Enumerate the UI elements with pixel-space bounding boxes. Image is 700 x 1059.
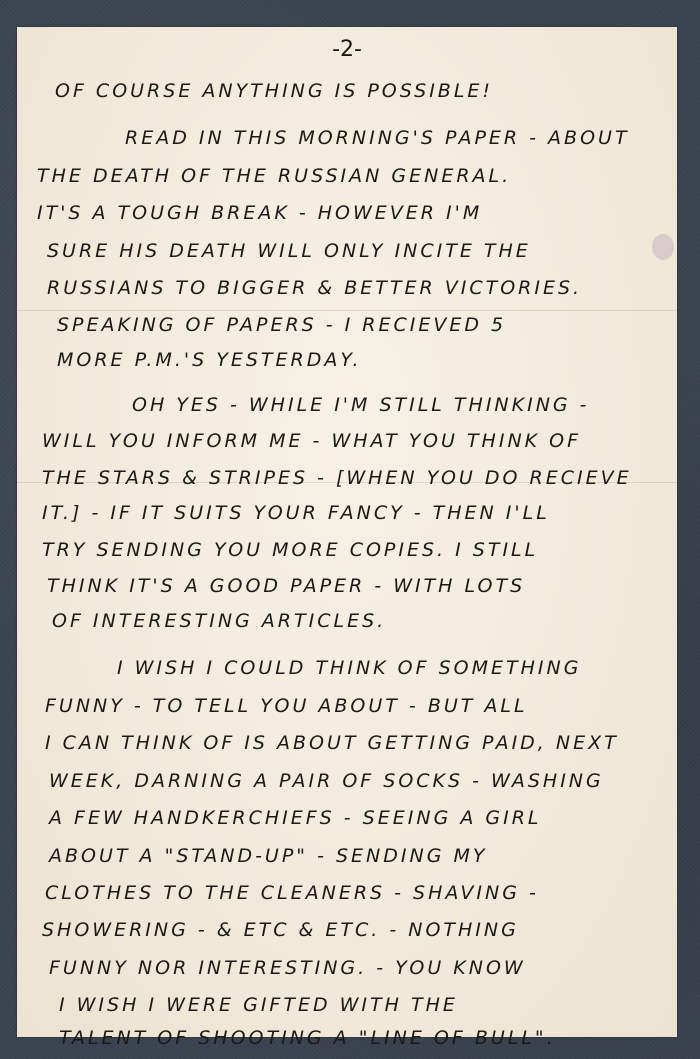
- letter-line: a few handkerchiefs - seeing a girl: [49, 807, 541, 829]
- letter-line: clothes to the cleaners - shaving -: [45, 882, 539, 904]
- letter-page: -2- Of course anything is possible! Read…: [17, 27, 677, 1037]
- letter-line: sure his death will only incite the: [47, 240, 531, 262]
- letter-line: more P.M.'s yesterday.: [57, 349, 362, 371]
- paper-fold-line: [17, 310, 677, 311]
- letter-line: It's a tough break - however I'm: [37, 202, 482, 224]
- letter-line: the death of the Russian General.: [37, 165, 511, 187]
- letter-line: it.] - If it suits your fancy - then I'l…: [42, 502, 550, 524]
- ink-stain: [652, 234, 674, 260]
- letter-line: I wish I could think of something: [117, 657, 581, 679]
- page-number: -2-: [17, 37, 677, 62]
- letter-line: try sending you more copies. I still: [42, 539, 538, 561]
- letter-line: showering - & etc & etc. - Nothing: [42, 919, 519, 941]
- letter-line: Russians to bigger & better victories.: [47, 277, 582, 299]
- letter-line: I wish I were gifted with the: [59, 994, 458, 1016]
- letter-line: funny nor interesting. - You know: [49, 957, 526, 979]
- letter-line: the Stars & Stripes - [when you do recie…: [42, 467, 632, 489]
- letter-line: of interesting articles.: [52, 610, 386, 632]
- letter-line: funny - to tell you about - but all: [45, 695, 528, 717]
- letter-line: Oh yes - while I'm still thinking -: [132, 394, 590, 416]
- letter-line: about a "stand-up" - sending my: [49, 845, 487, 867]
- letter-line: will you inform me - what you think of: [42, 430, 581, 452]
- letter-line: Of course anything is possible!: [55, 80, 493, 102]
- letter-line: week, darning a pair of socks - washing: [49, 770, 604, 792]
- letter-line: Speaking of papers - I recieved 5: [57, 314, 506, 336]
- letter-line: Read in this morning's paper - about: [125, 127, 630, 149]
- letter-line: I can think of is about getting paid, ne…: [45, 732, 619, 754]
- letter-line: think it's a good paper - with lots: [47, 575, 525, 597]
- letter-line: talent of shooting a "line of bull".: [59, 1027, 556, 1049]
